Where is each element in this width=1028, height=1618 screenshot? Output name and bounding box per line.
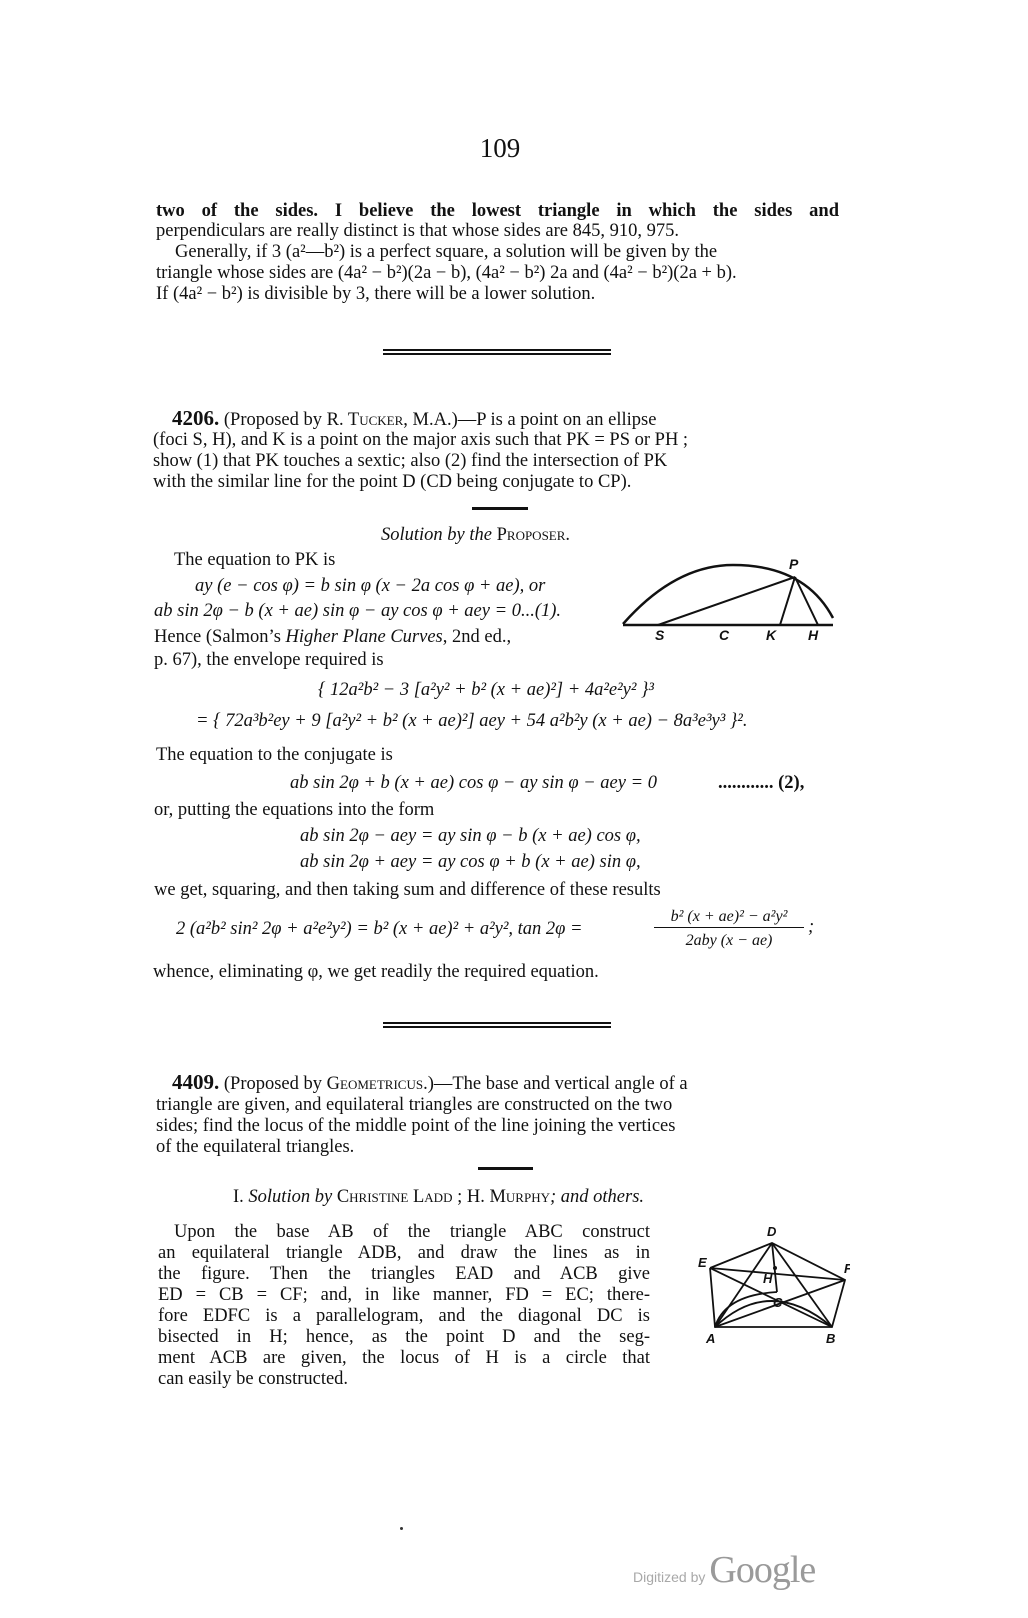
- ellipse-arc: [623, 565, 833, 624]
- equation-pk: ay (e − cos φ) = b sin φ (x − 2a cos φ +…: [195, 576, 545, 597]
- label-b: B: [826, 1331, 835, 1346]
- point-h: [773, 1266, 777, 1270]
- problem-4206-line-2: show (1) that PK touches a sextic; also …: [153, 451, 667, 472]
- continuation-line-4: triangle whose sides are (4a² − b²)(2a −…: [156, 263, 737, 284]
- solution-heading: I. Solution by Christine Ladd ; H. Murph…: [233, 1187, 644, 1208]
- label-k: K: [766, 627, 777, 643]
- body-line: p. 67), the envelope required is: [154, 650, 384, 671]
- equation-label-2: ............ (2),: [718, 773, 804, 794]
- continuation-line-1: two of the sides. I believe the lowest t…: [156, 201, 839, 222]
- problem-number: 4409.: [172, 1070, 219, 1094]
- equation-1: ab sin 2φ − b (x + ae) sin φ − ay cos φ …: [154, 601, 561, 622]
- body-line: the figure. Then the triangles EAD and A…: [158, 1264, 650, 1285]
- proposer-name: Geometricus: [327, 1074, 423, 1094]
- problem-4409-line-2: sides; find the locus of the middle poin…: [156, 1116, 675, 1137]
- label-f: F: [844, 1261, 850, 1276]
- section-divider: [383, 1022, 611, 1024]
- label-a: A: [705, 1331, 715, 1346]
- label-e: E: [698, 1255, 707, 1270]
- solution-by-label: Solution by the: [381, 525, 497, 545]
- problem-4206-header: 4206. (Proposed by R. Tucker, M.A.)—P is…: [172, 408, 656, 431]
- triangle-figure: D E F H C A B: [670, 1215, 850, 1355]
- text: Hence (Salmon’s: [154, 627, 286, 647]
- line-ps: [658, 577, 795, 625]
- body-line: whence, eliminating φ, we get readily th…: [153, 962, 599, 983]
- body-line: can easily be constructed.: [158, 1369, 650, 1390]
- problem-4409-line-3: of the equilateral triangles.: [156, 1137, 354, 1158]
- equation-form-2: ab sin 2φ + aey = ay cos φ + b (x + ae) …: [300, 852, 641, 873]
- solution-by-label: Solution by: [248, 1187, 332, 1207]
- proposer-prefix: (Proposed by: [224, 1074, 327, 1094]
- problem-4409-header: 4409. (Proposed by Geometricus.)—The bas…: [172, 1072, 688, 1095]
- solution-4409-body: Upon the base AB of the triangle ABC con…: [158, 1222, 650, 1390]
- body-line: ED = CB = CF; and, in like manner, FD = …: [158, 1285, 650, 1306]
- label-s: S: [655, 627, 665, 643]
- problem-4409-line-1: triangle are given, and equilateral tria…: [156, 1095, 672, 1116]
- watermark-prefix: Digitized by: [633, 1569, 705, 1585]
- book-title: Higher Plane Curves: [286, 627, 443, 647]
- ellipse-figure: P S C K H: [615, 555, 845, 645]
- line-bd: [772, 1243, 832, 1327]
- arc-ac: [715, 1292, 777, 1327]
- problem-4206-line-3: with the similar line for the point D (C…: [153, 472, 631, 493]
- label-c: C: [773, 1295, 783, 1310]
- label-h: H: [763, 1271, 773, 1286]
- continuation-line-2: perpendiculars are really distinct is th…: [156, 221, 679, 242]
- equation-form-1: ab sin 2φ − aey = ay sin φ − b (x + ae) …: [300, 826, 641, 847]
- short-divider: [472, 507, 528, 510]
- problem-number: 4206.: [172, 406, 219, 430]
- line-ph: [795, 577, 818, 625]
- solver-name: Proposer.: [497, 525, 570, 545]
- body-line: or, putting the equations into the form: [154, 800, 434, 821]
- problem-4206-line-1: (foci S, H), and K is a point on the maj…: [153, 430, 688, 451]
- label-p: P: [789, 556, 799, 572]
- proposer-suffix: .)—The base and vertical angle of a: [423, 1074, 688, 1094]
- equation-conjugate: ab sin 2φ + b (x + ae) cos φ − ay sin φ …: [290, 773, 657, 794]
- body-line-hence: Hence (Salmon’s Higher Plane Curves, 2nd…: [154, 627, 511, 648]
- body-line: we get, squaring, and then taking sum an…: [154, 880, 661, 901]
- body-line: The equation to PK is: [174, 550, 335, 571]
- fraction-numerator: b² (x + ae)² − a²y²: [654, 907, 804, 928]
- solution-heading: Solution by the Proposer.: [381, 525, 570, 546]
- body-line: The equation to the conjugate is: [156, 745, 393, 766]
- proposer-prefix: (Proposed by: [224, 410, 327, 430]
- solution-number: I.: [233, 1187, 244, 1207]
- solver-name-1: Christine Ladd: [337, 1187, 453, 1207]
- line-pk: [780, 577, 795, 625]
- proposer-name: R. Tucker: [327, 410, 404, 430]
- label-d: D: [767, 1224, 777, 1239]
- and-others: ; and others.: [550, 1187, 644, 1207]
- fraction-denominator: 2aby (x − ae): [654, 932, 804, 950]
- equation-end: ;: [808, 917, 814, 938]
- continuation-line-3: Generally, if 3 (a²—b²) is a perfect squ…: [175, 242, 717, 263]
- text-line: two of the sides. I believe the lowest t…: [156, 201, 839, 222]
- text: , 2nd ed.,: [443, 627, 511, 647]
- separator: ;: [457, 1187, 462, 1207]
- body-line: fore EDFC is a parallelogram, and the di…: [158, 1306, 650, 1327]
- page-number: 109: [0, 133, 1000, 164]
- continuation-line-5: If (4a² − b²) is divisible by 3, there w…: [156, 284, 595, 305]
- body-line: Upon the base AB of the triangle ABC con…: [158, 1222, 650, 1243]
- proposer-suffix: , M.A.)—P is a point on an ellipse: [403, 410, 656, 430]
- section-divider: [383, 349, 611, 351]
- envelope-equation-line-2: = { 72a³b²ey + 9 [a²y² + b² (x + ae)²] a…: [196, 711, 747, 732]
- body-line: bisected in H; hence, as the point D and…: [158, 1327, 650, 1348]
- equation-final-left: 2 (a²b² sin² 2φ + a²e²y²) = b² (x + ae)²…: [176, 919, 583, 940]
- envelope-equation-line-1: { 12a²b² − 3 [a²y² + b² (x + ae)²] + 4a²…: [318, 680, 654, 701]
- short-divider: [478, 1167, 533, 1170]
- label-h: H: [808, 627, 819, 643]
- label-c: C: [719, 627, 730, 643]
- body-line: ment ACB are given, the locus of H is a …: [158, 1348, 650, 1369]
- solver-name-2: H. Murphy: [467, 1187, 550, 1207]
- print-speck: [400, 1527, 403, 1530]
- watermark: Digitized by Google: [633, 1548, 815, 1592]
- google-logo: Google: [709, 1549, 815, 1591]
- body-line: an equilateral triangle ADB, and draw th…: [158, 1243, 650, 1264]
